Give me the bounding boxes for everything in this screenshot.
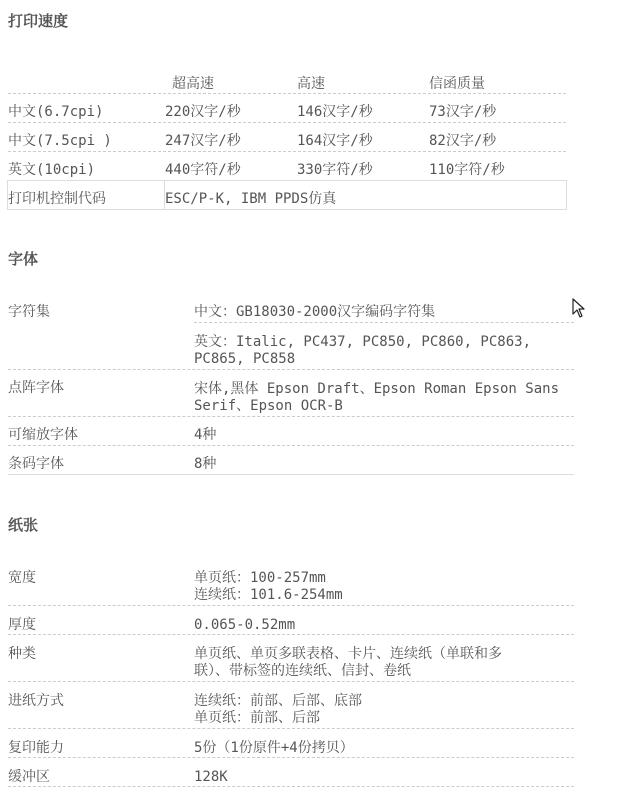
divider	[8, 757, 574, 758]
font-row-value: 英文：Italic, PC437, PC850, PC860, PC863,	[194, 334, 531, 351]
divider	[194, 322, 574, 323]
divider	[8, 605, 574, 606]
speed-header-letter: 信函质量	[429, 76, 485, 93]
divider	[8, 151, 566, 152]
font-row-value: 中文：GB18030-2000汉字编码字符集	[194, 304, 435, 321]
divider	[8, 728, 574, 729]
speed-row-value: 146汉字/秒	[297, 104, 373, 121]
speed-row-value: 164汉字/秒	[297, 133, 373, 150]
control-code-value: ESC/P-K, IBM PPDS仿真	[165, 191, 336, 208]
font-row-value: Serif、Epson OCR-B	[194, 398, 343, 415]
paper-row-label: 进纸方式	[8, 693, 64, 710]
paper-row-label: 缓冲区	[8, 769, 50, 786]
divider	[8, 474, 574, 475]
divider	[8, 369, 574, 370]
divider	[8, 681, 574, 682]
font-row-value: 4种	[194, 427, 216, 444]
paper-row-label: 复印能力	[8, 740, 64, 757]
font-row-label: 点阵字体	[8, 380, 64, 397]
paper-row-value: 128K	[194, 769, 228, 786]
speed-row-value: 247汉字/秒	[165, 133, 241, 150]
mouse-cursor-icon	[572, 298, 586, 318]
divider	[8, 786, 574, 787]
paper-row-value: 单页纸、单页多联表格、卡片、连续纸（单联和多	[194, 646, 502, 663]
speed-row-label: 英文(10cpi)	[8, 162, 95, 179]
divider	[8, 445, 574, 446]
paper-row-value: 联）、带标签的连续纸、信封、卷纸	[194, 663, 411, 680]
speed-header-high: 高速	[297, 76, 325, 93]
speed-row-value: 73汉字/秒	[429, 104, 496, 121]
font-row-label: 可缩放字体	[8, 427, 78, 444]
speed-row-label: 中文(7.5cpi )	[8, 133, 112, 150]
paper-row-value: 连续纸：前部、后部、底部	[194, 693, 362, 710]
paper-row-value: 连续纸：101.6-254mm	[194, 587, 343, 604]
divider	[8, 93, 566, 94]
speed-row-value: 220汉字/秒	[165, 104, 241, 121]
section-title-print-speed: 打印速度	[8, 10, 68, 31]
paper-row-label: 宽度	[8, 570, 36, 587]
speed-row-value: 82汉字/秒	[429, 133, 496, 150]
paper-row-value: 5份（1份原件+4份拷贝）	[194, 740, 354, 757]
font-row-value: 宋体,黑体 Epson Draft、Epson Roman Epson Sans	[194, 381, 559, 398]
divider	[8, 634, 574, 635]
divider	[8, 416, 574, 417]
font-row-value: PC865, PC858	[194, 351, 295, 368]
divider	[8, 122, 566, 123]
paper-row-label: 厚度	[8, 617, 36, 634]
font-row-value: 8种	[194, 456, 216, 473]
paper-row-label: 种类	[8, 646, 36, 663]
control-code-label: 打印机控制代码	[8, 191, 106, 208]
paper-row-value: 单页纸：前部、后部	[194, 710, 320, 727]
speed-row-value: 440字符/秒	[165, 162, 241, 179]
speed-header-ultra: 超高速	[172, 76, 214, 93]
section-title-fonts: 字体	[8, 248, 38, 269]
paper-row-value: 单页纸：100-257mm	[194, 570, 326, 587]
section-title-paper: 纸张	[8, 514, 38, 535]
font-row-label: 条码字体	[8, 456, 64, 473]
speed-row-value: 110字符/秒	[429, 162, 505, 179]
paper-row-value: 0.065-0.52mm	[194, 617, 295, 634]
speed-row-value: 330字符/秒	[297, 162, 373, 179]
font-row-label: 字符集	[8, 304, 50, 321]
speed-row-label: 中文(6.7cpi)	[8, 104, 103, 121]
